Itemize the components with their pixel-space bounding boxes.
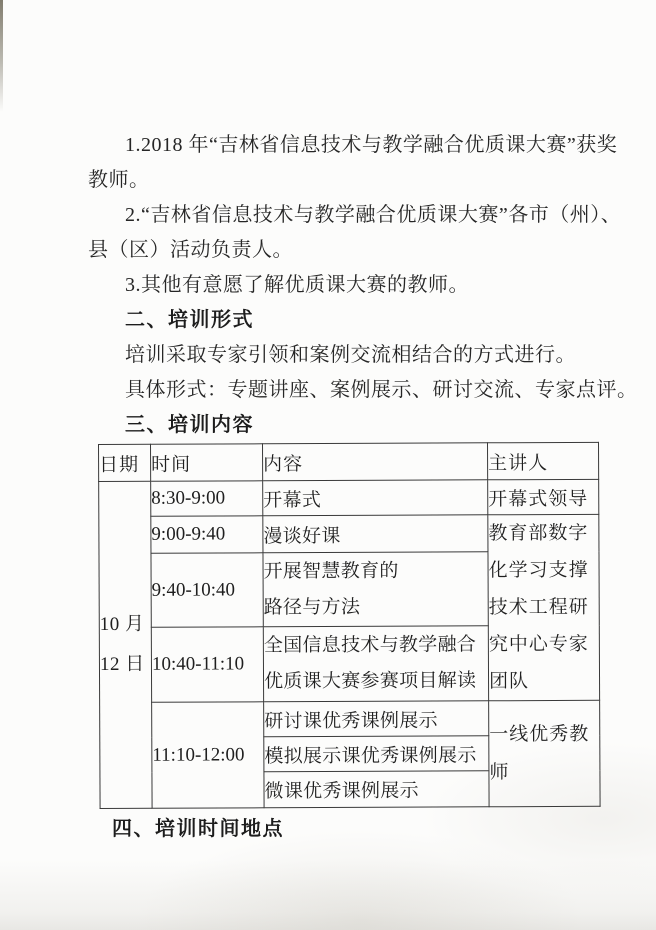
scan-edge-artifact — [0, 0, 3, 112]
paragraph-line: 县（区）活动负责人。 — [88, 233, 628, 268]
table-header-row: 日期 时间 内容 主讲人 — [99, 442, 599, 481]
table-header-date: 日期 — [99, 444, 151, 481]
content-cell: 全国信息技术与教学融合 优质课大赛参赛项目解读 — [263, 626, 488, 702]
content-cell: 漫谈好课 — [263, 515, 488, 553]
paragraph-line: 2.“吉林省信息技术与教学融合优质课大赛”各市（州）、 — [88, 198, 628, 233]
paragraph-line: 具体形式：专题讲座、案例展示、研讨交流、专家点评。 — [88, 373, 628, 408]
table-header-content: 内容 — [263, 443, 488, 481]
section-heading-3: 三、培训内容 — [88, 408, 628, 443]
content-cell: 开幕式 — [263, 480, 488, 516]
table-header-speaker: 主讲人 — [487, 442, 598, 479]
table-header-time: 时间 — [151, 444, 263, 481]
schedule-table: 日期 时间 内容 主讲人 10 月 12 日 8:30-9:00 开幕式 开幕式… — [98, 442, 601, 809]
paragraph-line: 3.其他有意愿了解优质课大赛的教师。 — [88, 268, 628, 303]
content-cell: 研讨课优秀课例展示 — [264, 701, 489, 737]
speaker-cell: 教育部数字 化学习支撑 技术工程研 究中心专家 团队 — [488, 514, 600, 700]
time-cell: 8:30-9:00 — [151, 481, 263, 516]
table-row: 9:00-9:40 漫谈好课 教育部数字 化学习支撑 技术工程研 究中心专家 团… — [99, 514, 599, 553]
scanned-document-page: 1.2018 年“吉林省信息技术与教学融合优质课大赛”获奖 教师。 2.“吉林省… — [0, 0, 656, 930]
table-row: 11:10-12:00 研讨课优秀课例展示 一线优秀教 师 — [100, 700, 600, 737]
time-cell: 10:40-11:10 — [151, 627, 263, 702]
speaker-cell: 开幕式领导 — [488, 479, 599, 514]
paragraph-line: 1.2018 年“吉林省信息技术与教学融合优质课大赛”获奖 — [88, 128, 628, 163]
paragraph-line: 教师。 — [88, 163, 628, 198]
paragraph-line: 培训采取专家引领和案例交流相结合的方式进行。 — [88, 338, 628, 373]
section-heading-4: 四、培训时间地点 — [112, 812, 284, 847]
speaker-cell: 一线优秀教 师 — [489, 700, 600, 806]
section-heading-2: 二、培训形式 — [88, 303, 628, 338]
content-cell: 模拟展示课优秀课例展示 — [264, 736, 489, 772]
scan-shadow — [0, 860, 656, 930]
time-cell: 9:40-10:40 — [151, 553, 263, 627]
document-body: 1.2018 年“吉林省信息技术与教学融合优质课大赛”获奖 教师。 2.“吉林省… — [88, 128, 628, 443]
content-cell: 开展智慧教育的 路径与方法 — [263, 552, 488, 627]
table-row: 10 月 12 日 8:30-9:00 开幕式 开幕式领导 — [99, 479, 599, 516]
date-cell: 10 月 12 日 — [99, 481, 152, 808]
time-cell: 9:00-9:40 — [151, 516, 263, 553]
time-cell: 11:10-12:00 — [152, 702, 264, 808]
content-cell: 微课优秀课例展示 — [264, 771, 489, 808]
